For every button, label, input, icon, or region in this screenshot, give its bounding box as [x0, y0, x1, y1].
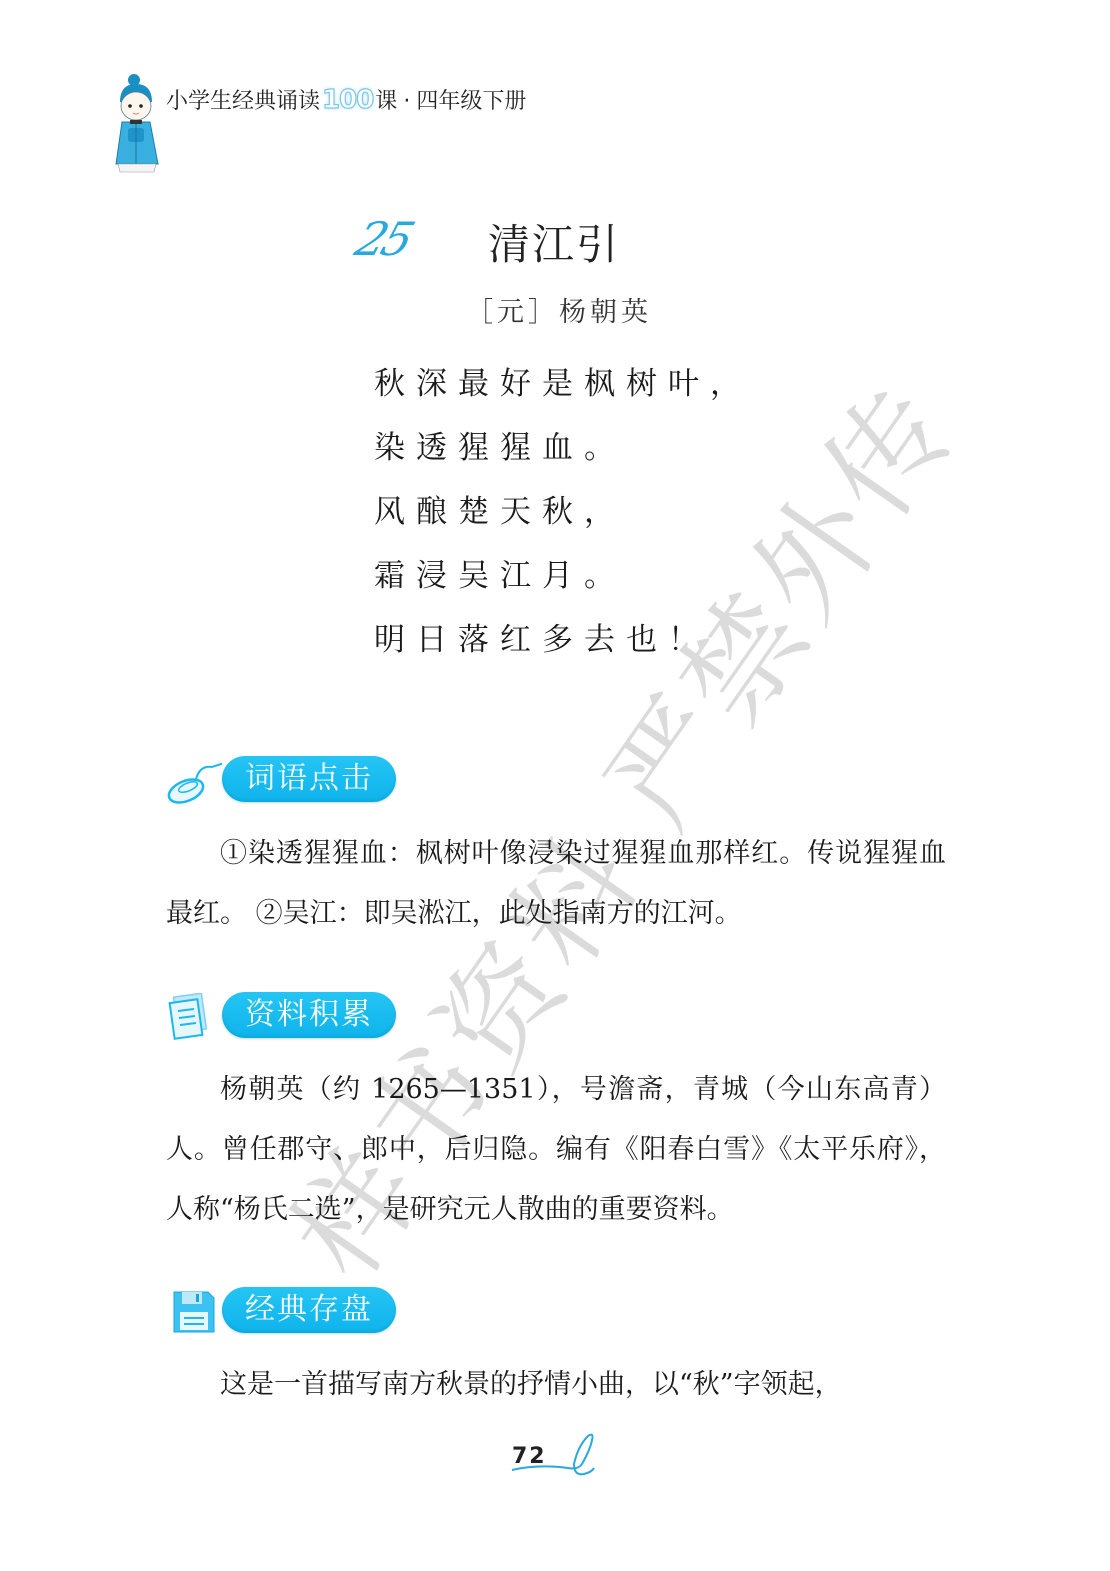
poem-line: 霜浸吴江月。: [374, 552, 752, 616]
lesson-number: 25: [349, 212, 417, 266]
poem-title: 清江引: [488, 212, 620, 272]
paragraph: 这是一首描写南方秋景的抒情小曲，以“秋”字领起，: [166, 1355, 946, 1415]
paragraph: 杨朝英（约 1265—1351），号澹斋，青城（今山东高青）人。曾任郡守、郎中，…: [166, 1060, 946, 1240]
series-suffix: 课: [375, 89, 397, 114]
section-badge: 词语点击: [222, 756, 396, 802]
section-badge: 资料积累: [222, 992, 396, 1038]
book-series-title: 小学生经典诵读100课·四年级下册: [166, 84, 526, 115]
poem-line: 染透猩猩血。: [374, 424, 752, 488]
document-pages-icon: [166, 993, 222, 1041]
poem-author: ［元］杨朝英: [466, 290, 652, 329]
series-prefix: 小学生经典诵读: [166, 89, 320, 114]
page-number: 72: [512, 1444, 547, 1469]
poem-line: 风酿楚天秋，: [374, 488, 752, 552]
poem-body: 秋深最好是枫树叶， 染透猩猩血。 风酿楚天秋， 霜浸吴江月。 明日落红多去也！: [374, 360, 752, 680]
background-info: 杨朝英（约 1265—1351），号澹斋，青城（今山东高青）人。曾任郡守、郎中，…: [166, 1060, 946, 1240]
section-badge: 经典存盘: [222, 1287, 396, 1333]
volume-label: 四年级下册: [416, 89, 526, 114]
appreciation-text: 这是一首描写南方秋景的抒情小曲，以“秋”字领起，: [166, 1355, 946, 1415]
scholar-boy-mascot-icon: [108, 72, 166, 176]
separator: ·: [403, 89, 410, 114]
vocabulary-notes: ①染透猩猩血：枫树叶像浸染过猩猩血那样红。传说猩猩血最红。 ②吴江：即吴淞江，此…: [166, 824, 946, 944]
poem-line: 秋深最好是枫树叶，: [374, 360, 752, 424]
poem-line: 明日落红多去也！: [374, 616, 752, 680]
floppy-disk-icon: [166, 1288, 222, 1336]
paragraph: ①染透猩猩血：枫树叶像浸染过猩猩血那样红。传说猩猩血最红。 ②吴江：即吴淞江，此…: [166, 824, 946, 944]
section-header-background: 资料积累: [166, 989, 406, 1043]
computer-mouse-icon: [166, 757, 222, 805]
section-header-vocabulary: 词语点击: [166, 753, 406, 807]
series-number: 100: [322, 85, 373, 115]
section-header-appreciation: 经典存盘: [166, 1284, 406, 1338]
